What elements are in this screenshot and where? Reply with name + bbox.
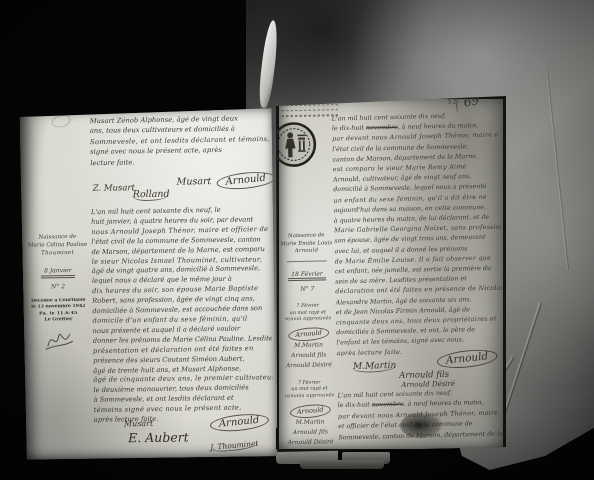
birth-act-arnould-text: L'an mil huit cent soixante dix neuf,le …: [332, 111, 504, 359]
margin-signature: Arnould: [287, 326, 329, 343]
margin-correction-note: 7 Févrierun mot rayé etrenvois approuvés: [283, 379, 335, 400]
left-margin-title: Naissance deMarie Célina PaulineThoumine…: [26, 233, 88, 258]
margin-note-signatures: ArnouldM.MartinArnould filsArnould Désir…: [282, 327, 335, 371]
left-margin-column: Naissance deMarie Célina PaulineThoumine…: [26, 233, 90, 356]
signature-musart: Musart: [177, 176, 212, 187]
left-margin-act-number: N° 2: [27, 283, 89, 292]
annotation-line: Décédée à Courtisols: [27, 298, 89, 306]
signature-j-thouminet: J. Thouminet: [210, 439, 259, 453]
right-margin-title: Naissance deMarie Émilie LouiseArnould: [280, 232, 332, 256]
right-margin-column: Naissance deMarie Émilie LouiseArnould 1…: [280, 232, 336, 448]
signature-rolland: Rolland: [133, 189, 170, 202]
margin-title-line: Naissance de: [280, 232, 332, 241]
margin-note-line: renvoi approuvés: [282, 315, 334, 323]
underlying-page-edge: [300, 460, 384, 469]
signature-z-musart: Z. Musart: [93, 183, 135, 194]
act1-signatures: M.Martin Arnould Arnould fils Arnould Dé…: [337, 355, 505, 392]
signature-musart: Musart: [124, 419, 153, 428]
previous-act-ending: Musart Zénob Alphonse, âgé de vingt deux…: [90, 113, 270, 168]
margin-title-line: Naissance de: [26, 233, 88, 242]
margin-signature: Arnould: [289, 402, 331, 419]
margin-signature: Arnould Désiré: [284, 437, 336, 448]
right-register-page: 52 69 Nai: [276, 96, 506, 452]
right-margin-act-number: N° 7: [281, 286, 333, 295]
previous-act-signatures: Z. Musart Rolland Musart Arnould: [90, 166, 269, 204]
annotation-line: Le Greffier: [27, 317, 89, 324]
signature-e-aubert: E. Aubert: [128, 429, 189, 445]
margin-title-line: Thouminet: [26, 249, 88, 258]
greffier-signature: [42, 326, 76, 352]
right-margin-date: 18 Février: [288, 270, 326, 281]
register-scan: Naissance deMarie Célina PaulineThoumine…: [0, 0, 594, 480]
birth-act-text: L'an mil huit cent soixante dix neuf, le…: [91, 205, 273, 425]
margin-signature: Arnould Désiré: [283, 360, 335, 371]
signature-arnould: Arnould: [216, 170, 276, 192]
margin-title-line: Arnould: [280, 247, 332, 256]
archive-stamp: [270, 121, 318, 169]
signature-m-martin: M.Martin: [353, 361, 396, 373]
death-annotation: Décédée à Courtisolsle 13 novembre 1942P…: [27, 298, 89, 324]
left-margin-date: 8 Janvier: [41, 267, 74, 279]
margin-note-line: 7 Février: [283, 379, 335, 387]
birth-act-signatures: Musart E. Aubert Arnould J. Thouminet: [94, 416, 274, 458]
right-page-content: 52 69 Nai: [275, 95, 506, 450]
annotation-line: Pa. le 11.6.45: [27, 311, 89, 319]
margin-note-line: renvois approuvés: [283, 392, 335, 400]
margin-correction-note: 7 Févrierun mot rayé etrenvoi approuvés: [282, 302, 334, 323]
left-register-page: Naissance deMarie Célina PaulineThoumine…: [20, 108, 277, 459]
signature-arnould-desire: Arnould Désiré: [401, 380, 455, 389]
right-page-paper: 52 69 Nai: [279, 99, 503, 449]
faint-pencil-mark: [51, 113, 72, 129]
margin-note-line: 7 Février: [282, 302, 334, 310]
margin-note-signatures: ArnouldM.MartinArnould filsArnould Désir…: [284, 404, 337, 448]
